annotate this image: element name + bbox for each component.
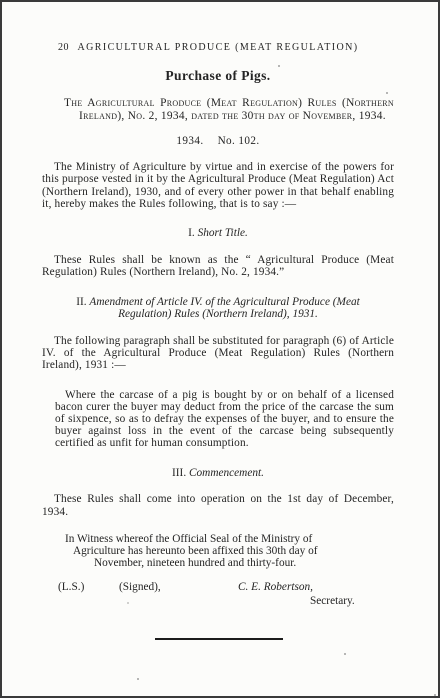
docket-line: 1934.No. 102. bbox=[42, 135, 394, 147]
section-3-heading: III. Commencement. bbox=[42, 467, 394, 480]
page-header: 20 AGRICULTURAL PRODUCE (MEAT REGULATION… bbox=[42, 42, 394, 55]
docket-year: 1934. bbox=[176, 135, 203, 147]
section-3-title: Commencement. bbox=[189, 467, 264, 479]
scanned-document-page: 20 AGRICULTURAL PRODUCE (MEAT REGULATION… bbox=[0, 0, 440, 698]
section-1-title: Short Title. bbox=[198, 227, 248, 239]
witness-line-3: November, nineteen hundred and thirty-fo… bbox=[94, 557, 394, 569]
witness-line-2: Agriculture has hereunto been affixed th… bbox=[73, 545, 394, 557]
docket-number: No. 102. bbox=[218, 135, 260, 147]
section-1-body: These Rules shall be known as the “ Agri… bbox=[42, 254, 394, 279]
scan-speck bbox=[137, 678, 139, 680]
signed-label: (Signed), bbox=[119, 581, 161, 593]
scan-speck bbox=[386, 92, 388, 94]
section-2-number: II. bbox=[76, 296, 86, 308]
scan-speck bbox=[127, 602, 129, 604]
section-2-title: Amendment of Article IV. of the Agricult… bbox=[89, 296, 359, 321]
witness-clause: In Witness whereof the Official Seal of … bbox=[42, 533, 394, 570]
end-divider-rule bbox=[155, 638, 283, 640]
substituted-paragraph-quote: Where the carcase of a pig is bought by … bbox=[55, 389, 394, 450]
witness-line-1: In Witness whereof the Official Seal of … bbox=[65, 533, 394, 545]
section-3-number: III. bbox=[172, 467, 186, 479]
section-1-heading: I. Short Title. bbox=[42, 227, 394, 240]
scan-speck bbox=[434, 694, 436, 696]
section-2-body: The following paragraph shall be substit… bbox=[42, 335, 394, 372]
page-number: 20 bbox=[58, 42, 69, 53]
signatory-role: Secretary. bbox=[310, 595, 355, 607]
section-2-heading: II. Amendment of Article IV. of the Agri… bbox=[42, 296, 394, 321]
signature-block: (L.S.) (Signed), C. E. Robertson, Secret… bbox=[42, 581, 394, 623]
section-1-number: I. bbox=[188, 227, 195, 239]
scan-speck bbox=[278, 65, 280, 67]
scan-speck bbox=[344, 653, 346, 655]
signatory-name: C. E. Robertson, bbox=[238, 581, 313, 593]
citation-line: The Agricultural Produce (Meat Regulatio… bbox=[79, 97, 394, 122]
preamble-paragraph: The Ministry of Agriculture by virtue an… bbox=[42, 161, 394, 210]
seal-mark: (L.S.) bbox=[58, 581, 84, 593]
document-title: Purchase of Pigs. bbox=[42, 68, 394, 84]
page-content: 20 AGRICULTURAL PRODUCE (MEAT REGULATION… bbox=[2, 2, 438, 696]
section-3-body: These Rules shall come into operation on… bbox=[42, 493, 394, 518]
running-header: AGRICULTURAL PRODUCE (MEAT REGULATION) bbox=[78, 42, 359, 53]
